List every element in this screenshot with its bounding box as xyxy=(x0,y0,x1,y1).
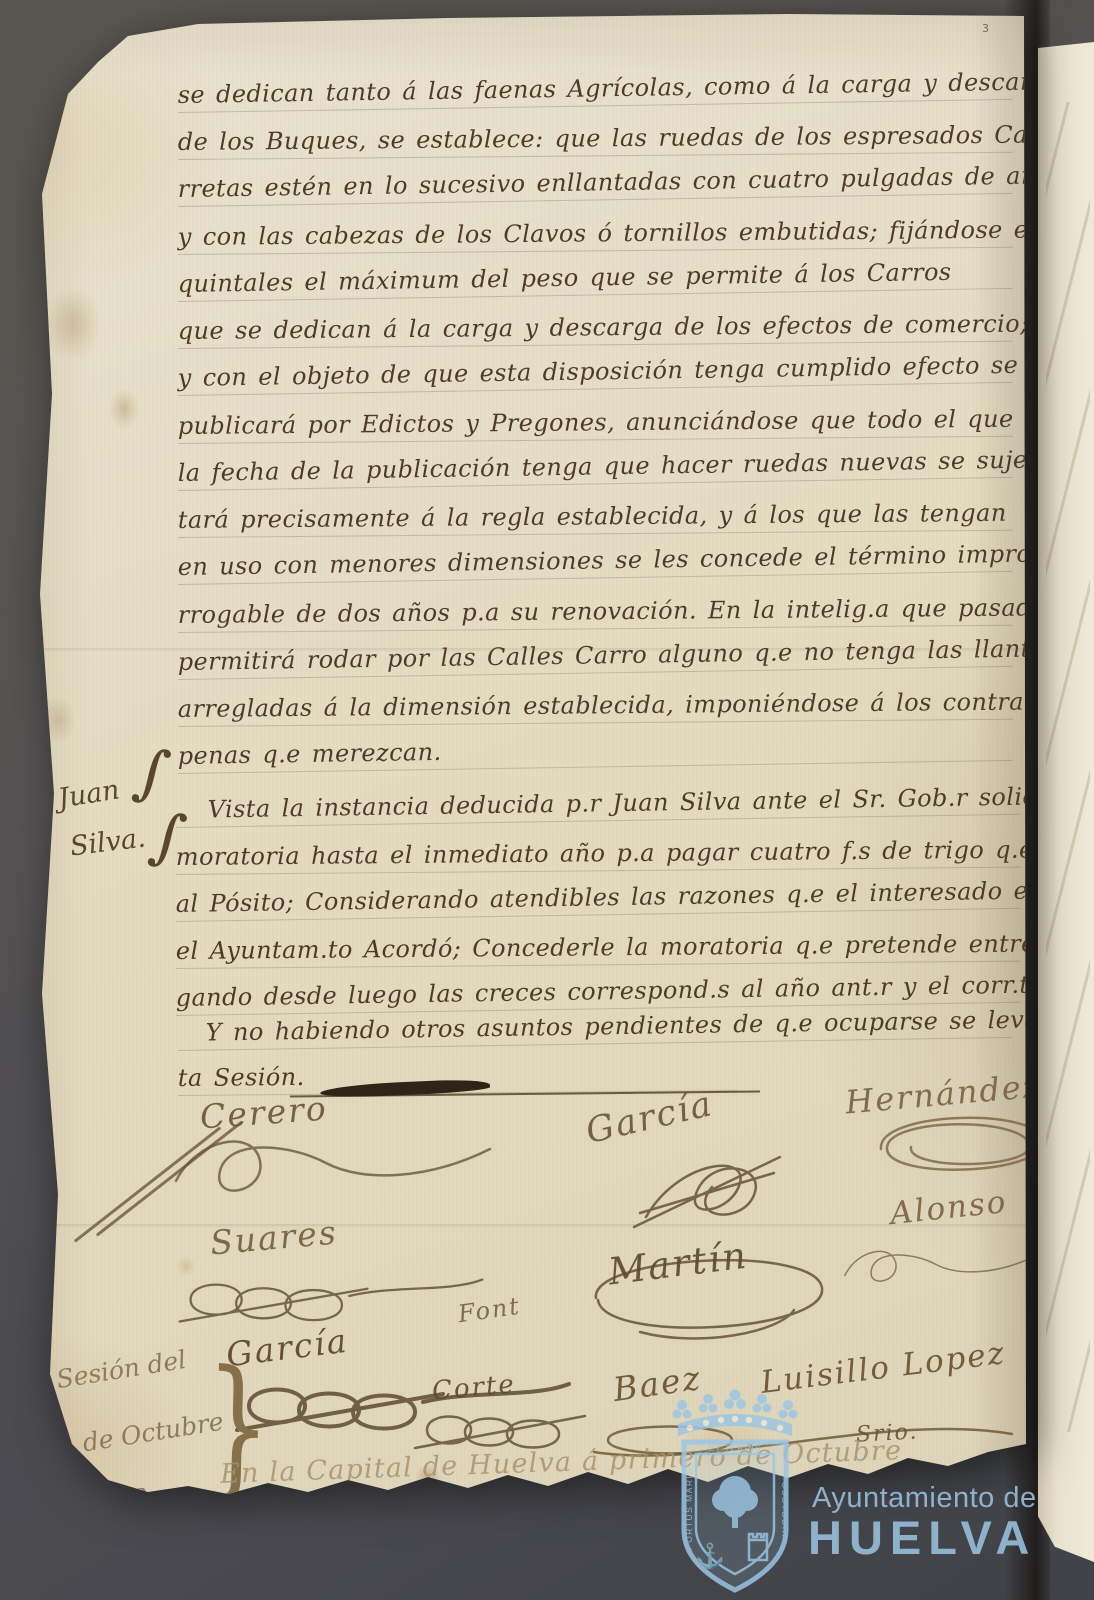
margin-note-line: Juan xyxy=(56,775,122,814)
manuscript-line: se dedican tanto á las faenas Agrícolas,… xyxy=(177,65,1012,113)
brace-icon: } xyxy=(202,1330,273,1523)
signature-suares: Suares xyxy=(209,1215,339,1262)
anchor-icon: ⚓ xyxy=(695,1542,725,1570)
manuscript-page: 3 se dedican tanto á las faenas Agrícola… xyxy=(28,14,1026,1540)
manuscript-line: que se dedican á la carga y descarga de … xyxy=(178,307,1013,349)
watermark-text-line2: HUELVA xyxy=(808,1512,1036,1564)
manuscript-line: al Pósito; Considerando atendibles las r… xyxy=(175,874,1020,922)
watermark-text-line1: Ayuntamiento de xyxy=(812,1482,1037,1514)
signature-rubric xyxy=(853,1099,1068,1194)
manuscript-line: rrogable de dos años p.a su renovación. … xyxy=(178,591,1013,633)
manuscript-line: tará precisamente á la regla establecida… xyxy=(178,496,1013,538)
manuscript-line: el Ayuntam.to Acordó; Concederle la mora… xyxy=(176,927,1021,969)
shield-motto-right: CUSTODIA xyxy=(780,1482,790,1538)
signature-rubric xyxy=(168,1119,498,1214)
signature-rubric xyxy=(840,1214,1040,1319)
signature-rubric xyxy=(628,1139,788,1234)
manuscript-line: rretas estén en lo sucesivo enllantadas … xyxy=(177,159,1012,207)
manuscript-line: moratoria hasta el inmediato año p.a pag… xyxy=(176,833,1021,875)
signature-font: Font xyxy=(456,1288,523,1332)
manuscript-line: permitirá rodar por las Calles Carro alg… xyxy=(177,632,1012,680)
huelva-watermark: ET TERRIS PORTUS MARIS CUSTODIA ⚓ Ayunta… xyxy=(652,1384,1094,1600)
manuscript-line: en uso con menores dimensiones se les co… xyxy=(177,537,1012,585)
manuscript-line: y con el objeto de que esta disposición … xyxy=(177,348,1012,396)
manuscript-line: y con las cabezas de los Clavos ó tornil… xyxy=(178,213,1013,255)
huelva-coat-of-arms-icon: ET TERRIS PORTUS MARIS CUSTODIA ⚓ xyxy=(670,1388,800,1600)
page-number: 3 xyxy=(982,22,989,35)
manuscript-line: Vista la instancia deducida p.r Juan Sil… xyxy=(175,780,1020,828)
manuscript-line: penas q.e merezcan. xyxy=(177,726,1012,774)
margin-note-line: 1°. de Octubre xyxy=(37,1408,226,1465)
margin-note-line: Silva. xyxy=(68,823,147,862)
margin-note-line: de 1863. xyxy=(45,1482,158,1525)
manuscript-line: quintales el máximum del peso que se per… xyxy=(177,254,1012,302)
manuscript-line: la fecha de la publicación tenga que hac… xyxy=(177,443,1012,491)
manuscript-line: arregladas á la dimensión establecida, i… xyxy=(178,685,1013,727)
manuscript-page-wrap: 3 se dedican tanto á las faenas Agrícola… xyxy=(0,0,1094,1600)
manuscript-line: de los Buques, se establece: que las rue… xyxy=(178,118,1013,160)
margin-note-line: Sesión del xyxy=(55,1346,188,1394)
manuscript-line: publicará por Edictos y Pregones, anunci… xyxy=(178,402,1013,444)
archival-photo: 3 se dedican tanto á las faenas Agrícola… xyxy=(0,0,1094,1600)
shield-motto-left: PORTUS MARIS xyxy=(684,1467,694,1550)
shield-motto-top: ET TERRIS xyxy=(708,1443,761,1453)
